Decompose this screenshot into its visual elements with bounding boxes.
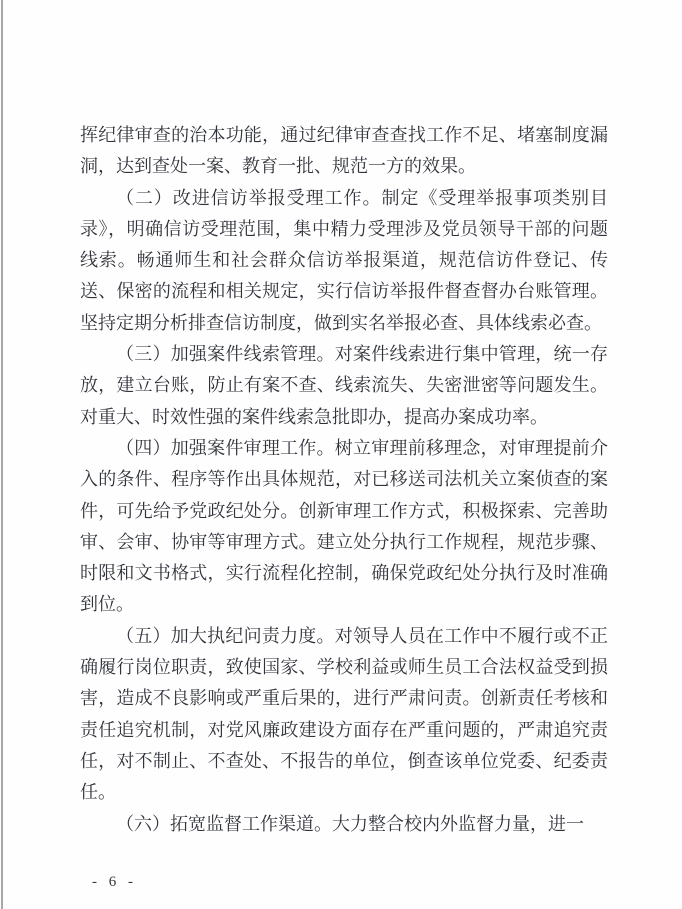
paragraph-section-2: （二）改进信访举报受理工作。制定《受理举报事项类别目录》，明确信访受理范围，集中… xyxy=(80,183,608,339)
paragraph-section-4: （四）加强案件审理工作。树立审理前移理念，对审理提前介入的条件、程序等作出具体规… xyxy=(80,433,608,621)
page-number: - 6 - xyxy=(92,874,135,891)
page-left-edge-shadow xyxy=(1,0,3,909)
paragraph-section-3: （三）加强案件线索管理。对案件线索进行集中管理，统一存放，建立台账，防止有案不查… xyxy=(80,339,608,433)
document-page: 挥纪律审查的治本功能，通过纪律审查查找工作不足、堵塞制度漏洞，达到查处一案、教育… xyxy=(0,0,682,909)
paragraph-continuation: 挥纪律审查的治本功能，通过纪律审查查找工作不足、堵塞制度漏洞，达到查处一案、教育… xyxy=(80,120,608,183)
paragraph-section-6: （六）拓宽监督工作渠道。大力整合校内外监督力量，进一 xyxy=(80,809,608,840)
paragraph-section-5: （五）加大执纪问责力度。对领导人员在工作中不履行或不正确履行岗位职责，致使国家、… xyxy=(80,621,608,809)
document-body: 挥纪律审查的治本功能，通过纪律审查查找工作不足、堵塞制度漏洞，达到查处一案、教育… xyxy=(80,120,608,840)
